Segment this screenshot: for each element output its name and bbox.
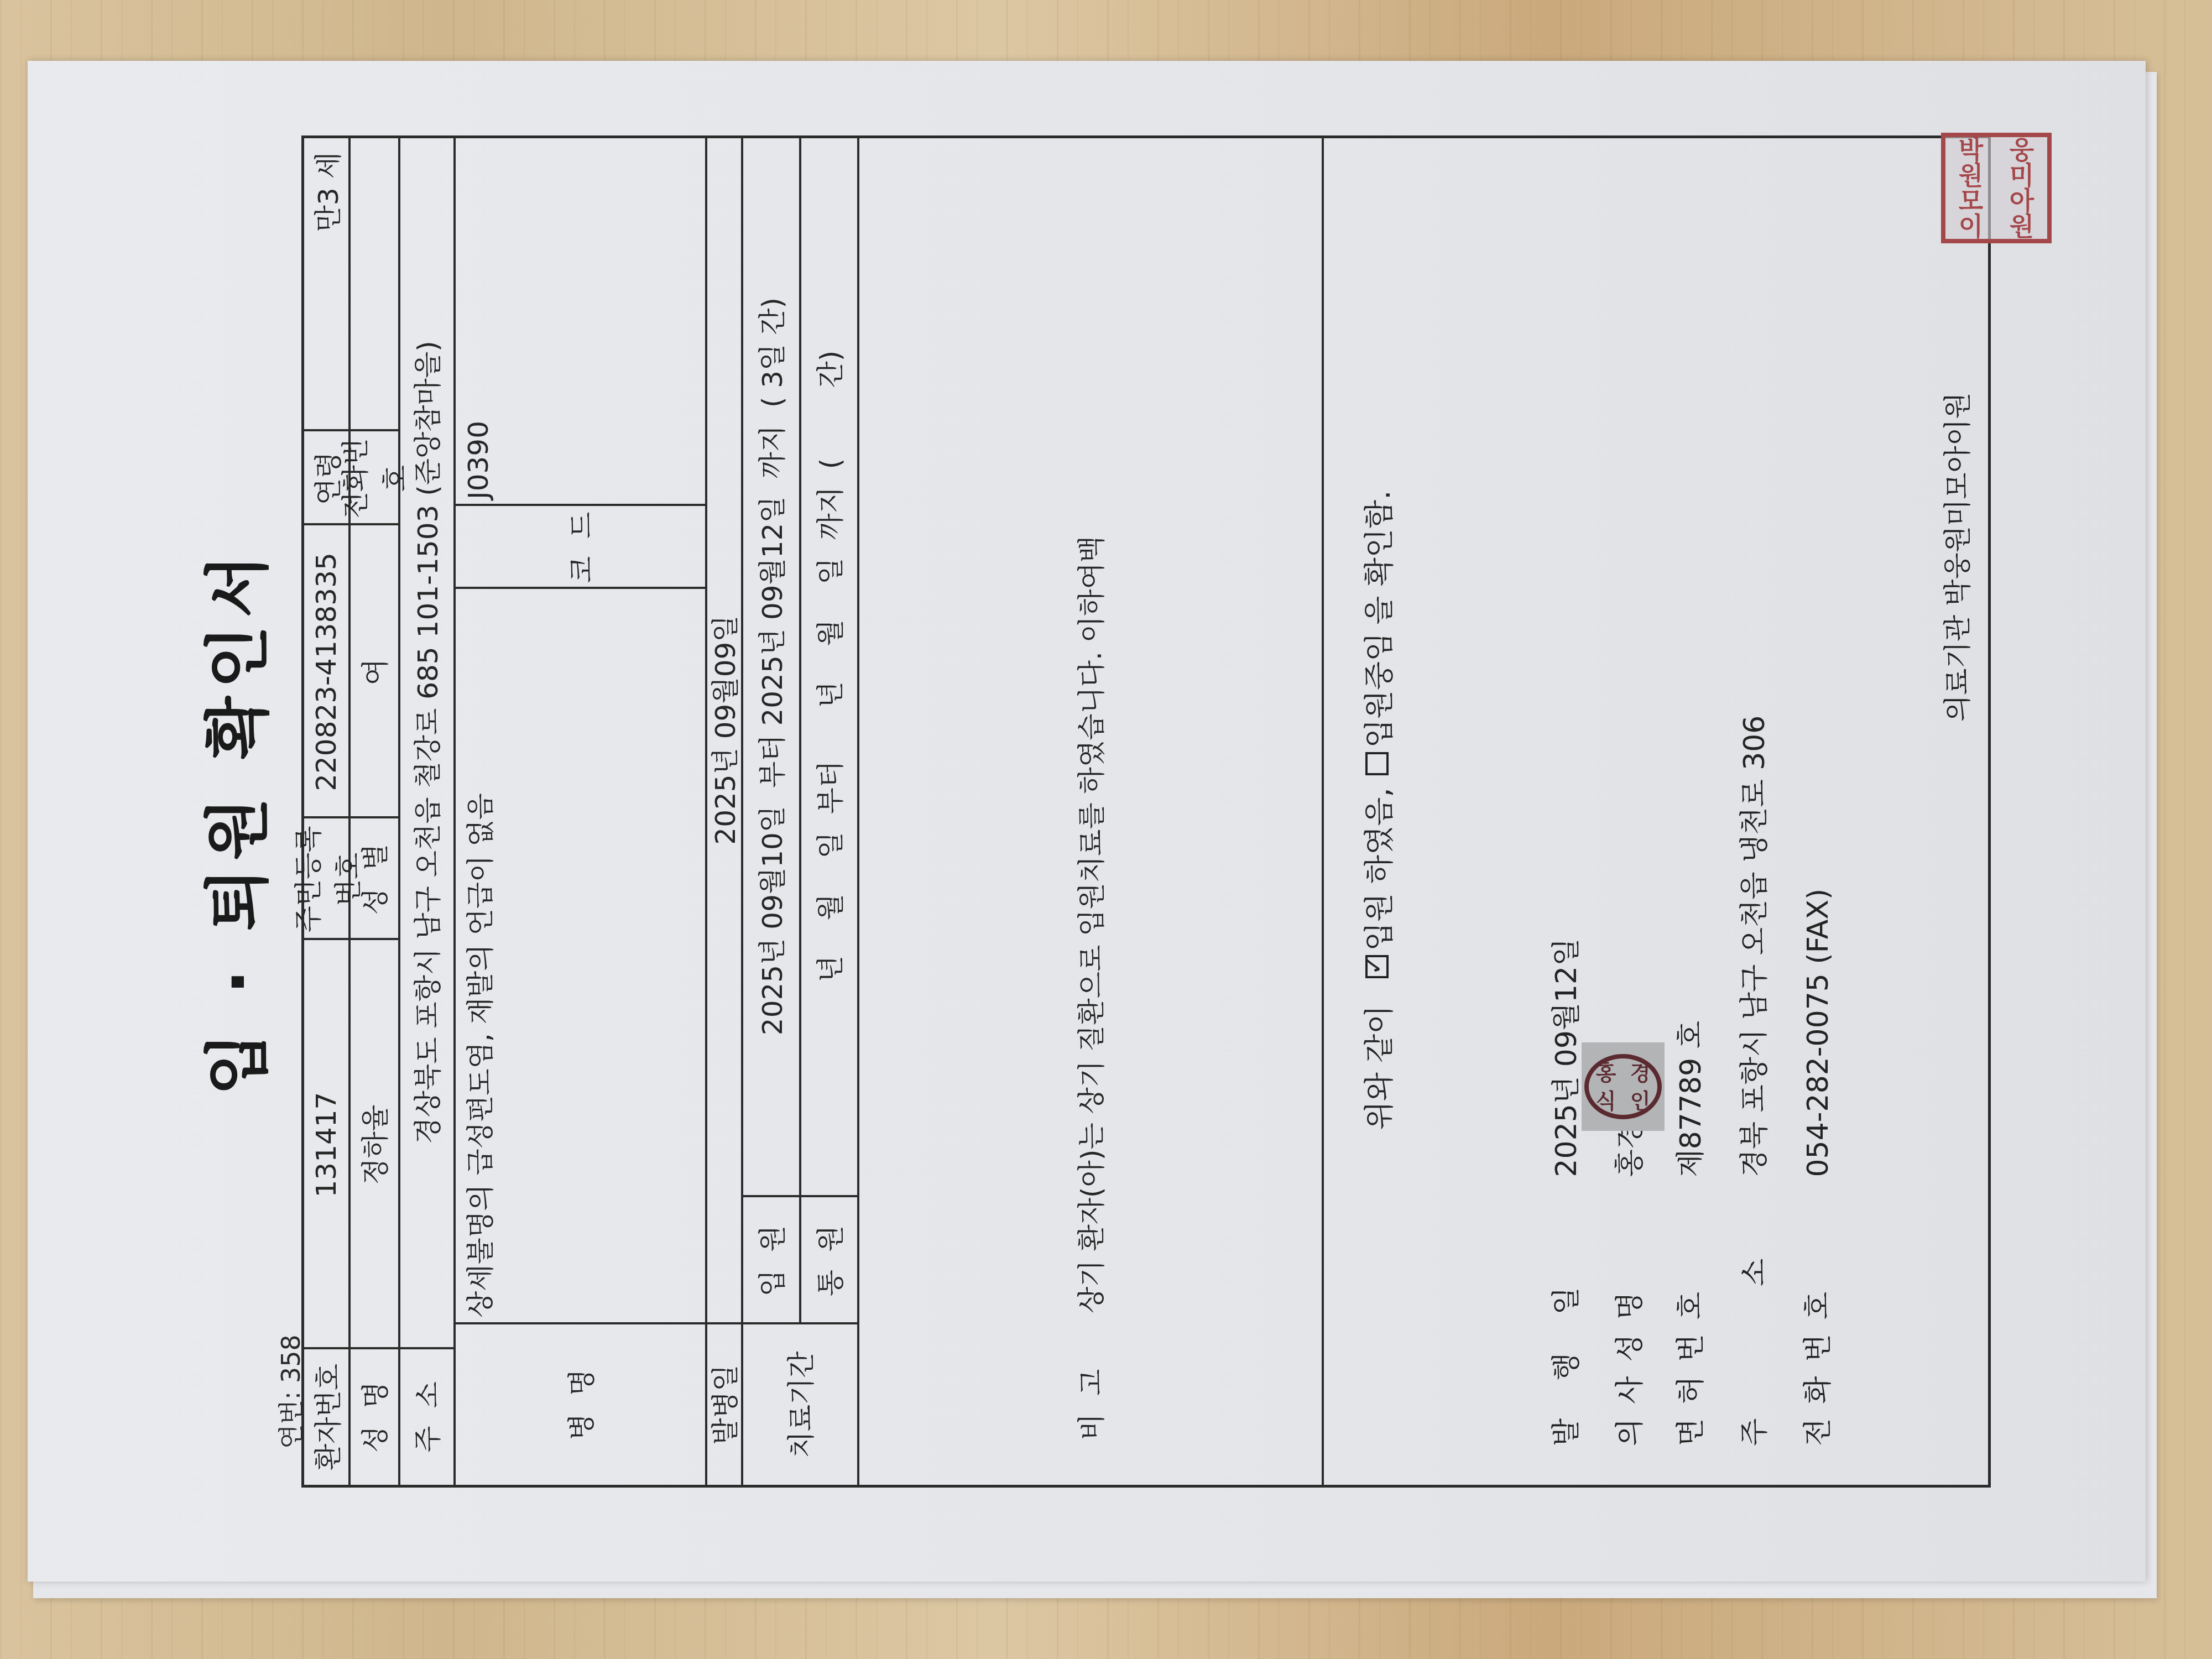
institution-address-line: 주 소 경북 포항시 남구 오천읍 냉천로 306 <box>1731 716 1772 1446</box>
institution-label: 의료기관 <box>1942 615 1974 722</box>
license-value: 제87789 호 <box>1674 1021 1708 1177</box>
doctor-name-line: 의사성명 홍경식 <box>1606 1094 1648 1446</box>
outpatient-period: 년 월 일 부터 년 월 일 까지 ( 간) <box>799 135 857 1197</box>
seal-char: 박 <box>1959 137 1983 163</box>
license-line: 면허번호 제87789 호 <box>1667 1021 1709 1446</box>
remarks-label: 비 고 <box>857 1324 1322 1485</box>
institution-name-line: 의료기관 박웅원미모아이원 <box>1936 392 1975 722</box>
seal-char: 미 <box>2010 163 2034 188</box>
institution-address-label: 주 소 <box>1731 1186 1772 1446</box>
phone-value <box>348 135 398 431</box>
seal-char: 모 <box>1959 188 1983 213</box>
seal-char: 경 <box>1630 1062 1651 1083</box>
remarks-text: 상기 환자(아)는 상기 질환으로 입원치료를 하였습니다. 이하여백 <box>857 135 1322 1324</box>
confirmation-statement: 위와 같이 입원 하였음, 입원중임 을 확인함. <box>1322 135 1432 1485</box>
license-label: 면허번호 <box>1667 1186 1709 1446</box>
issue-date-label: 발 행 일 <box>1543 1186 1584 1446</box>
confirmation-option-in-hospital: 입원중임 <box>1356 633 1399 748</box>
doctor-seal-ring: 홍 경 식 인 <box>1584 1054 1662 1119</box>
diagnosis-label: 병 명 <box>453 1324 705 1485</box>
rrn-label: 주민등록번호 <box>304 818 348 940</box>
document-page: 입 · 퇴원 확인서 연번: 358 <box>28 61 2146 1582</box>
onset-label: 발병일 <box>705 1324 741 1485</box>
seal-char: 원 <box>2010 213 2034 239</box>
address-label: 주 소 <box>398 1349 453 1485</box>
phone-label: 전화번호 <box>348 431 398 525</box>
inpatient-period: 2025년 09월10일 부터 2025년 09월12일 까지 ( 3일 간) <box>741 135 799 1197</box>
issue-date-value: 2025년 09월12일 <box>1550 938 1583 1177</box>
institution-seal-stamp: 박 웅 원 미 모 아 이 원 <box>1941 133 2052 243</box>
doctor-seal-stamp: 홍 경 식 인 <box>1582 1042 1665 1131</box>
institution-address-value: 경북 포항시 남구 오천읍 냉천로 306 <box>1738 716 1771 1177</box>
doctor-name-label: 의사성명 <box>1606 1186 1648 1446</box>
seal-char: 식 <box>1596 1091 1616 1112</box>
inpatient-label: 입 원 <box>741 1197 799 1324</box>
seal-char: 원 <box>1959 163 1983 188</box>
institution-phone-value: 054-282-0075 (FAX) <box>1802 889 1835 1177</box>
institution-phone-label: 전화번호 <box>1794 1186 1836 1446</box>
seal-char: 인 <box>1630 1091 1651 1112</box>
document-page-rotated: 입 · 퇴원 확인서 연번: 358 <box>28 61 2146 1582</box>
seal-char: 아 <box>2010 188 2034 213</box>
treatment-label: 치료기간 <box>741 1324 857 1485</box>
seal-char: 홍 <box>1596 1062 1616 1083</box>
age-value: 만3 세 <box>304 135 348 431</box>
sex-value: 여 <box>348 525 398 818</box>
patient-no-value: 131417 <box>304 940 348 1349</box>
issue-date-line: 발 행 일 2025년 09월12일 <box>1543 938 1584 1446</box>
code-label: 코 드 <box>453 506 705 589</box>
checkbox-in-hospital[interactable] <box>1365 752 1389 775</box>
confirmation-suffix: 을 확인함. <box>1356 491 1399 625</box>
diagnosis-name: 상세불명의 급성편도염, 재발의 언급이 없음 <box>453 589 503 1324</box>
sex-label: 성 별 <box>348 818 398 940</box>
certificate-table: 환자번호 131417 주민등록번호 220823-4138335 연령 만3 … <box>301 135 1991 1488</box>
checkbox-admitted[interactable] <box>1365 956 1389 979</box>
seal-char: 이 <box>1959 213 1983 239</box>
name-value: 정하율 <box>348 940 398 1349</box>
document-title: 입 · 퇴원 확인서 <box>185 61 279 1582</box>
code-value: J0390 <box>453 135 503 506</box>
name-label: 성 명 <box>348 1349 398 1485</box>
confirmation-prefix: 위와 같이 <box>1356 1005 1399 1130</box>
institution-phone-line: 전화번호 054-282-0075 (FAX) <box>1794 889 1836 1446</box>
address-value: 경상북도 포항시 남구 오천읍 철강로 685 101-1503 (준앙참마을) <box>398 135 453 1349</box>
rrn-value: 220823-4138335 <box>304 525 348 818</box>
seal-char: 웅 <box>2010 137 2034 163</box>
institution-name: 박웅원미모아이원 <box>1942 392 1974 606</box>
confirmation-option-admitted: 입원 하였음, <box>1356 787 1399 951</box>
outpatient-label: 통 원 <box>799 1197 857 1324</box>
patient-no-label: 환자번호 <box>304 1349 348 1485</box>
onset-value: 2025년 09월09일 <box>705 135 741 1324</box>
